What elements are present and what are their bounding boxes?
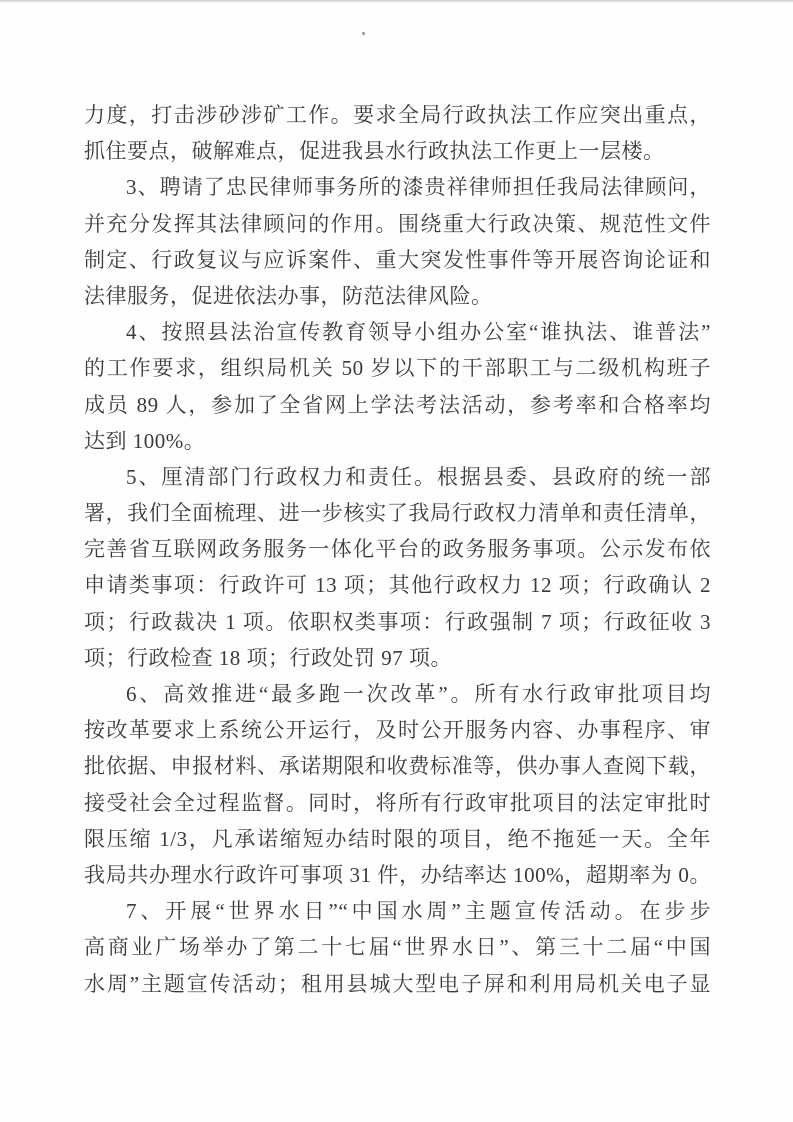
document-line: 法律服务，促进依法办事，防范法律风险。 bbox=[84, 278, 711, 314]
document-line: 水周”主题宣传活动；租用县城大型电子屏和利用局机关电子显 bbox=[84, 966, 711, 1002]
document-line: 5、厘清部门行政权力和责任。根据县委、县政府的统一部 bbox=[84, 459, 711, 495]
document-line: 制定、行政复议与应诉案件、重大突发性事件等开展咨询论证和 bbox=[84, 242, 711, 278]
document-line: 6、高效推进“最多跑一次改革”。所有水行政审批项目均 bbox=[84, 676, 711, 712]
document-line: 并充分发挥其法律顾问的作用。围绕重大行政决策、规范性文件 bbox=[84, 206, 711, 242]
document-line: 完善省互联网政务服务一体化平台的政务服务事项。公示发布依 bbox=[84, 531, 711, 567]
document-line: 高商业广场举办了第二十七届“世界水日”、第三十二届“中国 bbox=[84, 929, 711, 965]
document-page: 力度，打击涉砂涉矿工作。要求全局行政执法工作应突出重点，抓住要点，破解难点，促进… bbox=[0, 0, 793, 1122]
document-line: 接受社会全过程监督。同时，将所有行政审批项目的法定审批时 bbox=[84, 785, 711, 821]
document-line: 按改革要求上系统公开运行，及时公开服务内容、办事程序、审 bbox=[84, 712, 711, 748]
document-line: 7、开展“世界水日”“中国水周”主题宣传活动。在步步 bbox=[84, 893, 711, 929]
document-line: 申请类事项：行政许可 13 项；其他行政权力 12 项；行政确认 2 bbox=[84, 567, 711, 603]
document-line: 批依据、申报材料、承诺期限和收费标准等，供办事人查阅下载， bbox=[84, 748, 711, 784]
scan-edge-artifact bbox=[0, 0, 793, 3]
document-body: 力度，打击涉砂涉矿工作。要求全局行政执法工作应突出重点，抓住要点，破解难点，促进… bbox=[84, 97, 711, 1002]
document-line: 项；行政裁决 1 项。依职权类事项：行政强制 7 项；行政征收 3 bbox=[84, 604, 711, 640]
document-line: 成员 89 人，参加了全省网上学法考法活动，参考率和合格率均 bbox=[84, 387, 711, 423]
document-line: 署，我们全面梳理、进一步核实了我局行政权力清单和责任清单， bbox=[84, 495, 711, 531]
document-line: 达到 100%。 bbox=[84, 423, 711, 459]
document-line: 限压缩 1/3，凡承诺缩短办结时限的项目，绝不拖延一天。全年 bbox=[84, 821, 711, 857]
document-line: 抓住要点，破解难点，促进我县水行政执法工作更上一层楼。 bbox=[84, 133, 711, 169]
document-line: 力度，打击涉砂涉矿工作。要求全局行政执法工作应突出重点， bbox=[84, 97, 711, 133]
scan-dot-artifact bbox=[362, 32, 365, 35]
document-line: 我局共办理水行政许可事项 31 件，办结率达 100%，超期率为 0。 bbox=[84, 857, 711, 893]
document-line: 4、按照县法治宣传教育领导小组办公室“谁执法、谁普法” bbox=[84, 314, 711, 350]
document-line: 的工作要求，组织局机关 50 岁以下的干部职工与二级机构班子 bbox=[84, 350, 711, 386]
document-line: 3、聘请了忠民律师事务所的漆贵祥律师担任我局法律顾问， bbox=[84, 169, 711, 205]
document-line: 项；行政检查 18 项；行政处罚 97 项。 bbox=[84, 640, 711, 676]
